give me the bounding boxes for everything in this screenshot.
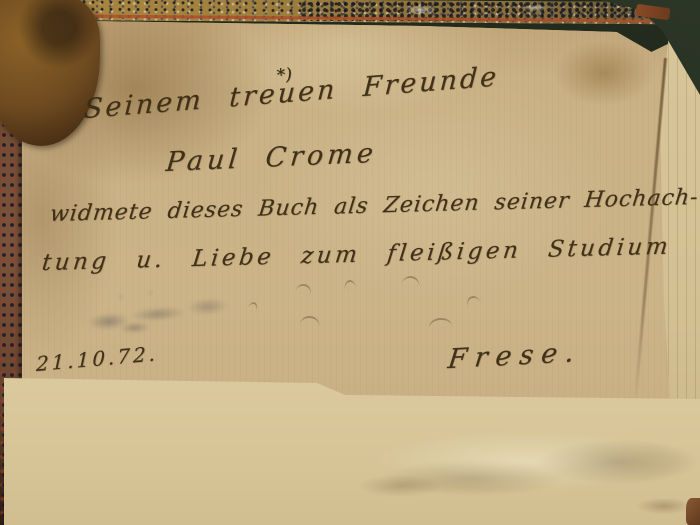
book-flyleaf-photo: Seinem treuen Freunde *) Paul Crome widm… xyxy=(0,0,700,525)
leather-sliver-bottom-right xyxy=(686,498,700,525)
asterisk-note-mark: *) xyxy=(276,65,293,86)
